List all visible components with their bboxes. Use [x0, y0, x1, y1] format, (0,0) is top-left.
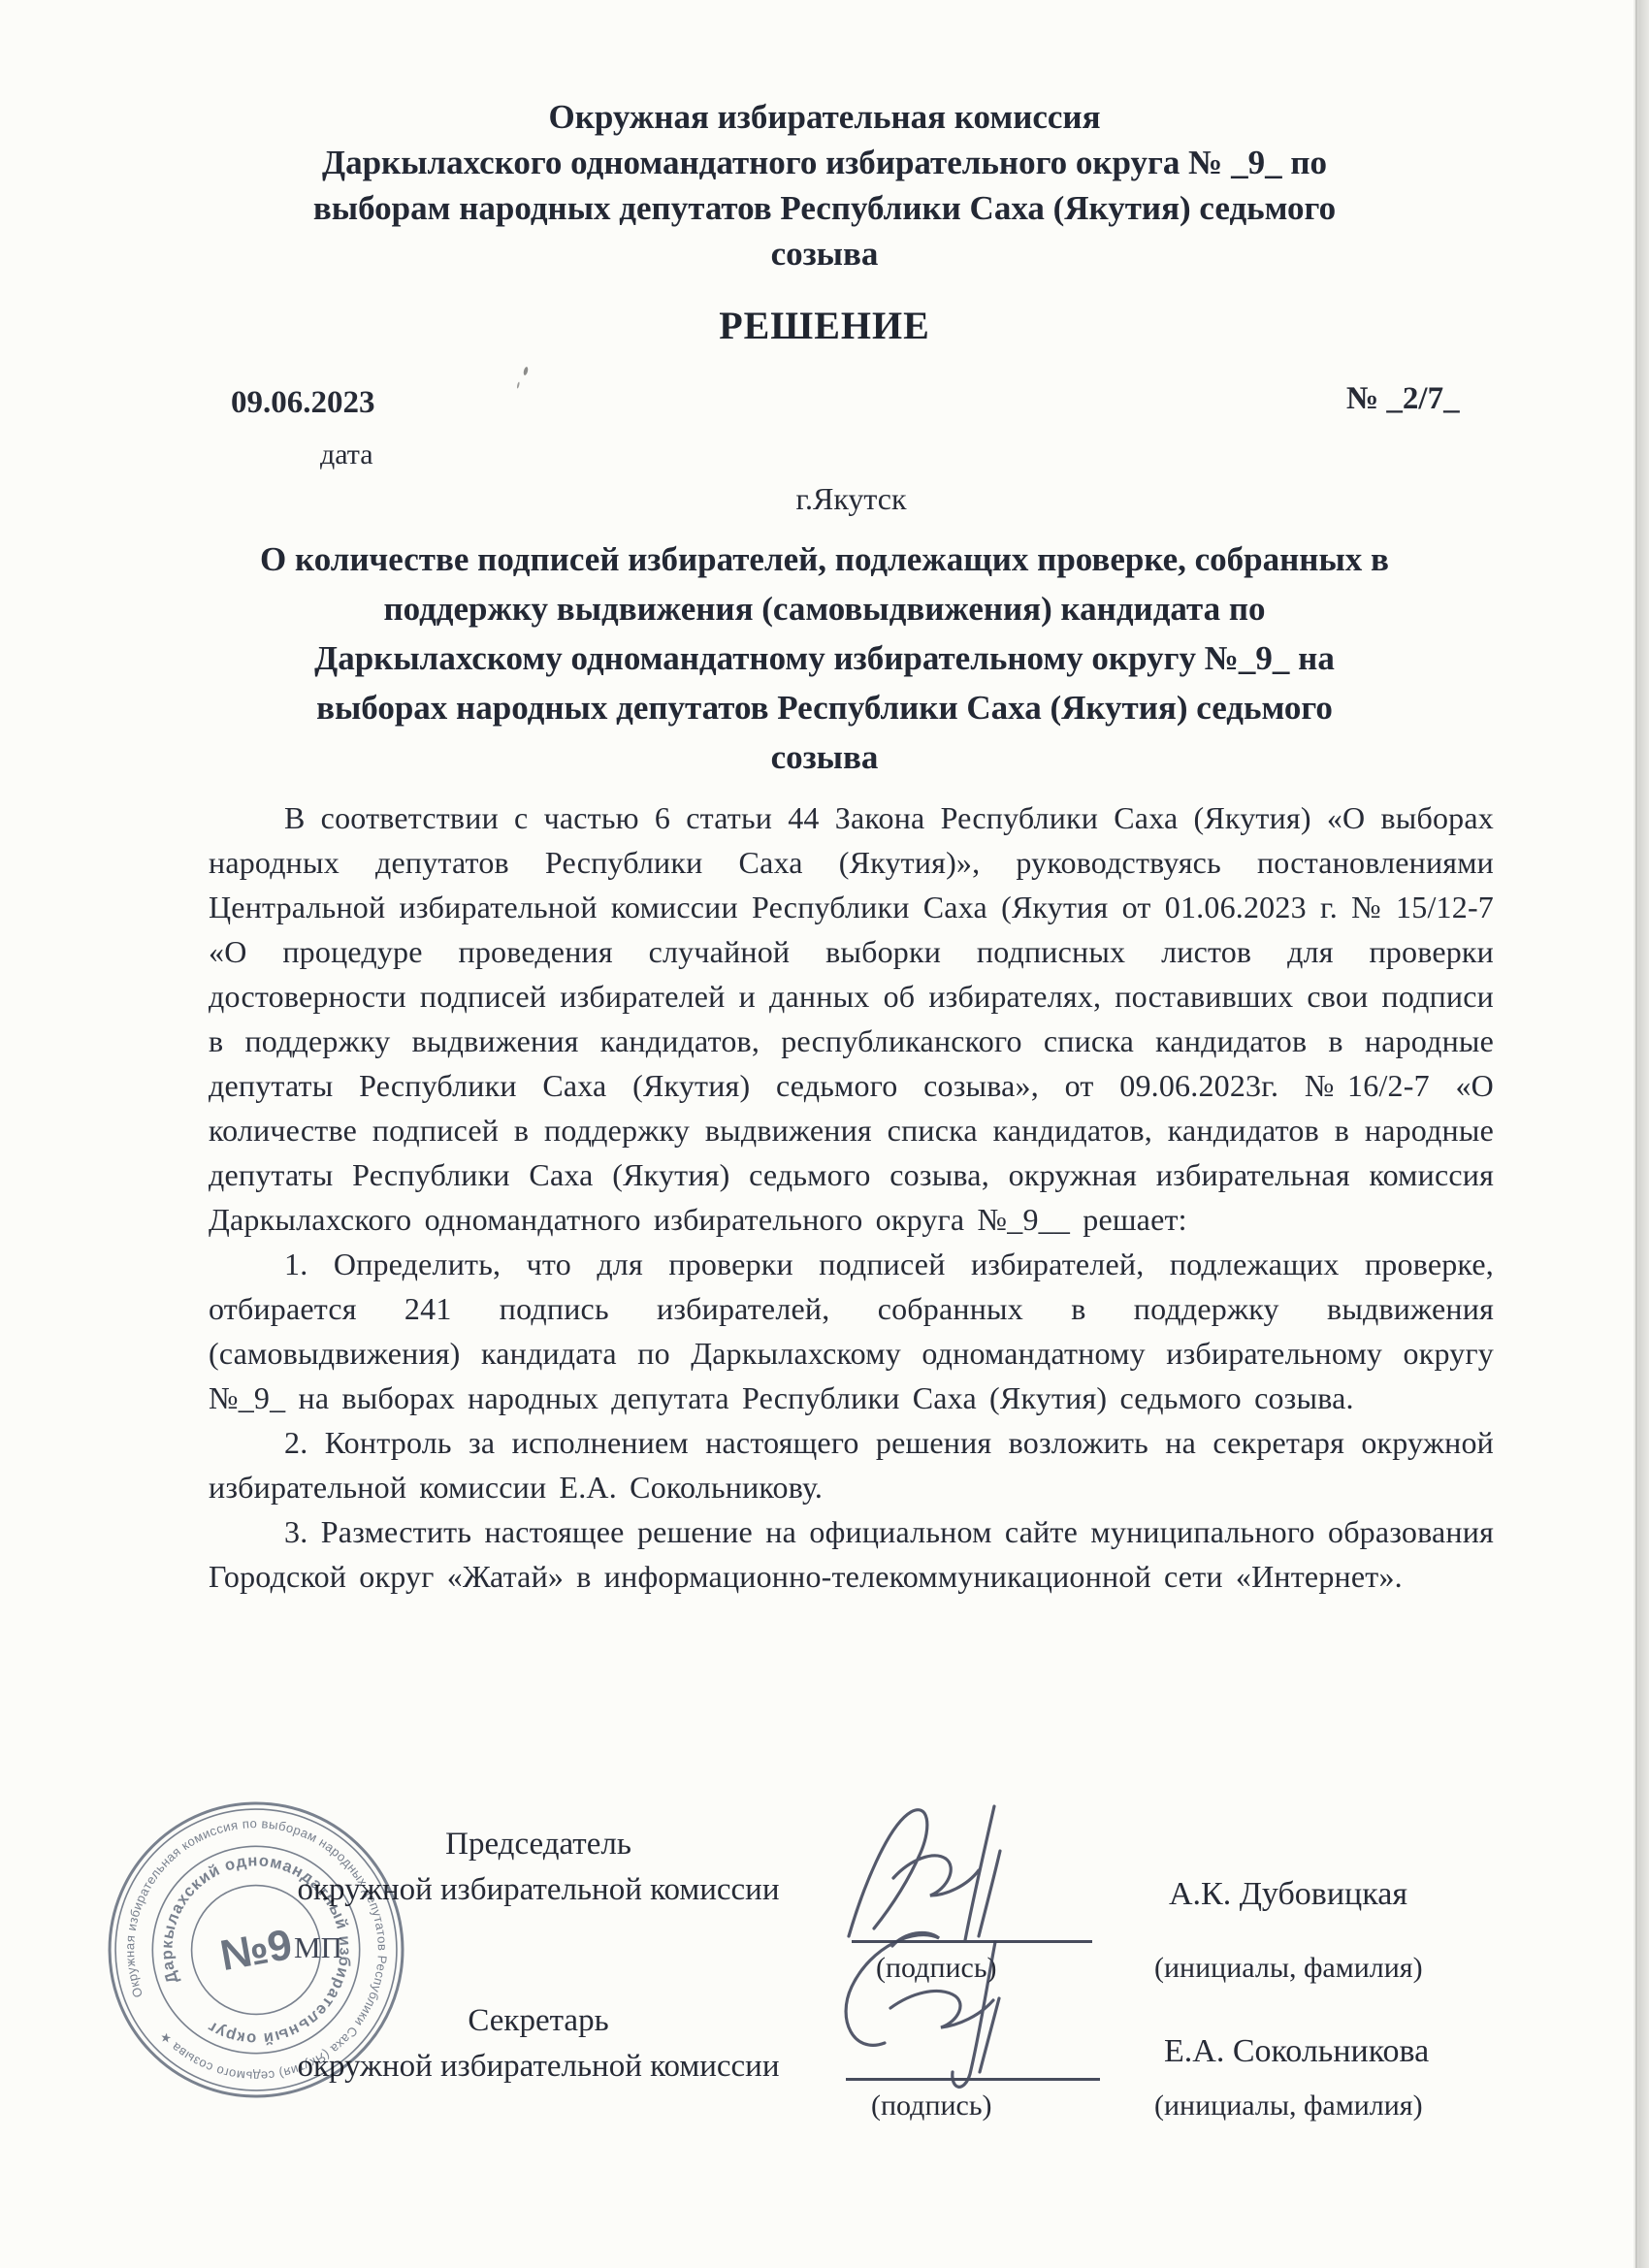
- doc-city: г.Якутск: [209, 481, 1494, 517]
- scanned-decision-document: Окружная избирательная комиссия Даркылах…: [0, 0, 1649, 2268]
- chairman-name: А.К. Дубовицкая: [1169, 1876, 1407, 1913]
- scan-speck: [523, 367, 529, 376]
- document-body: В соответствии с частью 6 статьи 44 Зако…: [209, 795, 1494, 1599]
- date-caption: дата: [320, 438, 373, 471]
- subject-line: О количестве подписей избирателей, подле…: [189, 535, 1460, 584]
- decision-item-1: 1. Определить, что для проверки подписей…: [209, 1242, 1494, 1420]
- org-header-line: Даркылахского одномандатного избирательн…: [184, 140, 1465, 185]
- decision-item-3: 3. Разместить настоящее решение на офици…: [209, 1509, 1494, 1599]
- org-header-line: Окружная избирательная комиссия: [184, 94, 1465, 140]
- secretary-name: Е.А. Сокольникова: [1164, 2033, 1429, 2070]
- decision-item-2: 2. Контроль за исполнением настоящего ре…: [209, 1420, 1494, 1509]
- subject-heading: О количестве подписей избирателей, подле…: [189, 535, 1460, 782]
- doc-date: 09.06.2023: [231, 385, 375, 421]
- intro-paragraph: В соответствии с частью 6 статьи 44 Зако…: [209, 795, 1494, 1242]
- scan-edge-line: [1635, 0, 1637, 2268]
- org-header: Окружная избирательная комиссия Даркылах…: [184, 94, 1465, 276]
- subject-line: выборах народных депутатов Республики Са…: [189, 683, 1460, 732]
- doc-number: № _2/7_: [1346, 381, 1460, 417]
- mp-seal-label: МП: [294, 1930, 342, 1965]
- subject-line: Даркылахскому одномандатному избирательн…: [189, 633, 1460, 683]
- chairman-name-caption: (инициалы, фамилия): [1154, 1952, 1423, 1985]
- subject-line: поддержку выдвижения (самовыдвижения) ка…: [189, 584, 1460, 633]
- secretary-signature-line: [846, 2078, 1100, 2081]
- org-header-line: выборам народных депутатов Республики Са…: [184, 185, 1465, 231]
- secretary-name-caption: (инициалы, фамилия): [1154, 2090, 1423, 2122]
- subject-line: созыва: [189, 732, 1460, 782]
- commission-stamp: Окружная избирательная комиссия по выбор…: [105, 1798, 407, 2101]
- stamp-number: №9: [216, 1921, 295, 1980]
- secretary-sign-caption: (подпись): [871, 2090, 992, 2122]
- secretary-autograph: [815, 1919, 1106, 2098]
- doc-type-title: РЕШЕНИЕ: [184, 303, 1465, 348]
- org-header-line: созыва: [184, 231, 1465, 276]
